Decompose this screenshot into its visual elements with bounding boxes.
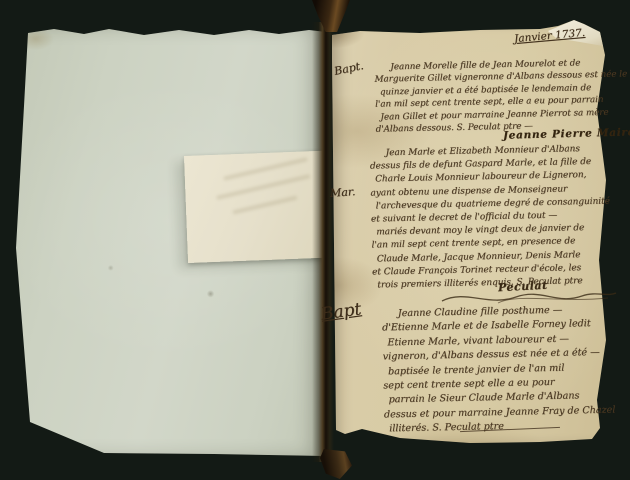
baptism-record: Jeanne Claudine fille posthume — d'Etien… [387,303,616,437]
handwritten-content: Janvier 1737. Bapt. Jeanne Morelle fille… [0,0,630,480]
register-photo: Janvier 1737. Bapt. Jeanne Morelle fille… [0,0,630,480]
baptism-record: Jeanne Morelle fille de Jean Mourelot et… [379,56,628,136]
marriage-record: Jean Marle et Elizabeth Monnieur d'Alban… [375,143,612,293]
margin-note-marriage: Mar. [330,185,356,200]
page-header-date: Janvier 1737. [514,27,586,45]
witness-signature: Jeanne Pierre Maire [503,126,630,141]
margin-note-baptism: Bapt. [333,59,365,78]
margin-note-baptism-large: Bapt [320,299,363,324]
